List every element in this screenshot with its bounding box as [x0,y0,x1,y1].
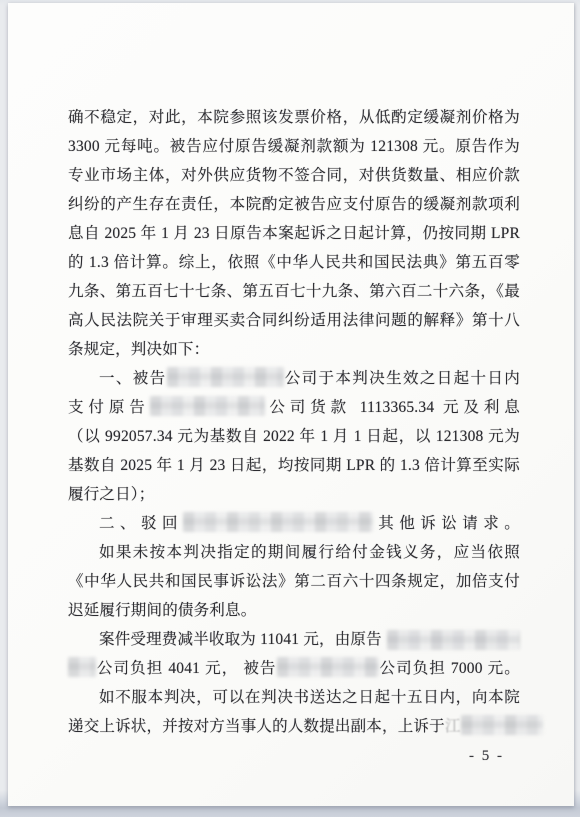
judgment-line: 案件受理费减半收取为 11041 元，由原告 [68,625,520,654]
text-segment: 支付原告 [68,399,150,416]
judgment-line: 纠纷的产生存在责任，本院酌定被告应支付原告的缓凝剂款项利 [68,190,520,219]
text-segment: 3300 元每吨。被告应付原告缓凝剂款额为 121308 元。原告作为 [68,138,520,155]
text-segment: 如果未按本判决指定的期间履行给付金钱义务，应当依照 [99,544,520,561]
judgment-line: 一、被告公司于本判决生效之日起十日内 [68,364,520,393]
text-segment: 其他诉讼请求。 [373,515,520,532]
redacted-text-block [150,396,265,416]
redacted-text-block [387,630,520,650]
judgment-line: 息自 2025 年 1 月 23 日原告本案起诉之日起计算，仍按同期 LPR [68,219,520,248]
text-segment: 迟延履行期间的债务利息。 [68,602,256,619]
text-segment: 案件受理费减半收取为 11041 元，由原告 [99,625,382,654]
text-segment: 的 1.3 倍计算。综上，依照《中华人民共和国民法典》第五百零 [68,254,520,271]
judgment-line: 如果未按本判决指定的期间履行给付金钱义务，应当依照 [68,538,520,567]
text-segment: （以 992057.34 元为基数自 2022 年 1 月 1 日起，以 121… [68,428,520,445]
judgment-line: （以 992057.34 元为基数自 2022 年 1 月 1 日起，以 121… [68,422,520,451]
judgment-line: 二、驳回其他诉讼请求。 [68,509,520,538]
judgment-line: 公司负担 4041 元， 被告公司负担 7000 元。 [68,654,520,683]
text-segment: 高人民法院关于审理买卖合同纠纷适用法律问题的解释》第十八 [68,312,520,329]
text-segment: 如不服本判决，可以在判决书送达之日起十五日内，向本院 [99,689,520,706]
text-segment: 确不稳定，对此，本院参照该发票价格，从低酌定缓凝剂价格为 [68,109,520,126]
judgment-line: 条规定，判决如下： [68,335,520,364]
judgment-line: 专业市场主体，对外供应货物不签合同，对供货数量、相应价款 [68,161,520,190]
text-segment: 九条、第五百七十七条、第五百七十九条、第六百二十六条，《最 [68,283,520,300]
judgment-line: 递交上诉状，并按对方当事人的人数提出副本，上诉于江 [68,712,520,741]
judgment-line: 高人民法院关于审理买卖合同纠纷适用法律问题的解释》第十八 [68,306,520,335]
text-segment: 《中华人民共和国民事诉讼法》第二百六十四条规定，加倍支付 [68,573,520,590]
text-segment: 基数自 2025 年 1 月 23 日起，均按同期 LPR 的 1.3 倍计算至… [68,457,520,474]
text-segment: 公司于本判决生效之日起十日内 [284,370,520,387]
judgment-line: 支付原告公司货款 1113365.34 元及利息 [68,393,520,422]
text-segment: 一、被告 [99,370,167,387]
judgment-line: 3300 元每吨。被告应付原告缓凝剂款额为 121308 元。原告作为 [68,132,520,161]
text-segment: 公司货款 1113365.34 元及利息 [265,399,520,416]
judgment-line: 如不服本判决，可以在判决书送达之日起十五日内，向本院 [68,683,520,712]
judgment-line: 迟延履行期间的债务利息。 [68,596,520,625]
redacted-text-block [277,657,379,677]
text-segment: 递交上诉状，并按对方当事人的人数提出副本，上诉于 [68,718,445,735]
text-segment: 专业市场主体，对外供应货物不签合同，对供货数量、相应价款 [68,167,520,184]
text-segment: 二、驳回 [99,515,183,532]
text-segment: 江 [445,718,461,735]
text-segment: 公司负担 7000 元。 [379,660,520,677]
judgment-line: 基数自 2025 年 1 月 23 日起，均按同期 LPR 的 1.3 倍计算至… [68,451,520,480]
judgment-line: 的 1.3 倍计算。综上，依照《中华人民共和国民法典》第五百零 [68,248,520,277]
judgment-line: 履行之日）； [68,480,520,509]
text-segment: 履行之日）； [68,486,154,503]
judgment-line: 确不稳定，对此，本院参照该发票价格，从低酌定缓凝剂价格为 [68,103,520,132]
redacted-text-block [68,657,96,677]
judgment-line: 《中华人民共和国民事诉讼法》第二百六十四条规定，加倍支付 [68,567,520,596]
redacted-text-block [461,715,543,735]
document-lines: 确不稳定，对此，本院参照该发票价格，从低酌定缓凝剂价格为3300 元每吨。被告应… [68,103,520,741]
redacted-text-block [167,367,284,387]
judgment-line: 九条、第五百七十七条、第五百七十九条、第六百二十六条，《最 [68,277,520,306]
text-segment: 息自 2025 年 1 月 23 日原告本案起诉之日起计算，仍按同期 LPR [68,225,520,242]
redacted-text-block [183,512,373,532]
text-segment: 公司负担 4041 元， 被告 [96,660,277,677]
text-segment: 条规定，判决如下： [68,341,209,358]
scanned-judgment-page: 确不稳定，对此，本院参照该发票价格，从低酌定缓凝剂价格为3300 元每吨。被告应… [8,3,574,806]
page-number: - 5 - [68,748,520,765]
text-segment: 纠纷的产生存在责任，本院酌定被告应支付原告的缓凝剂款项利 [68,196,520,213]
